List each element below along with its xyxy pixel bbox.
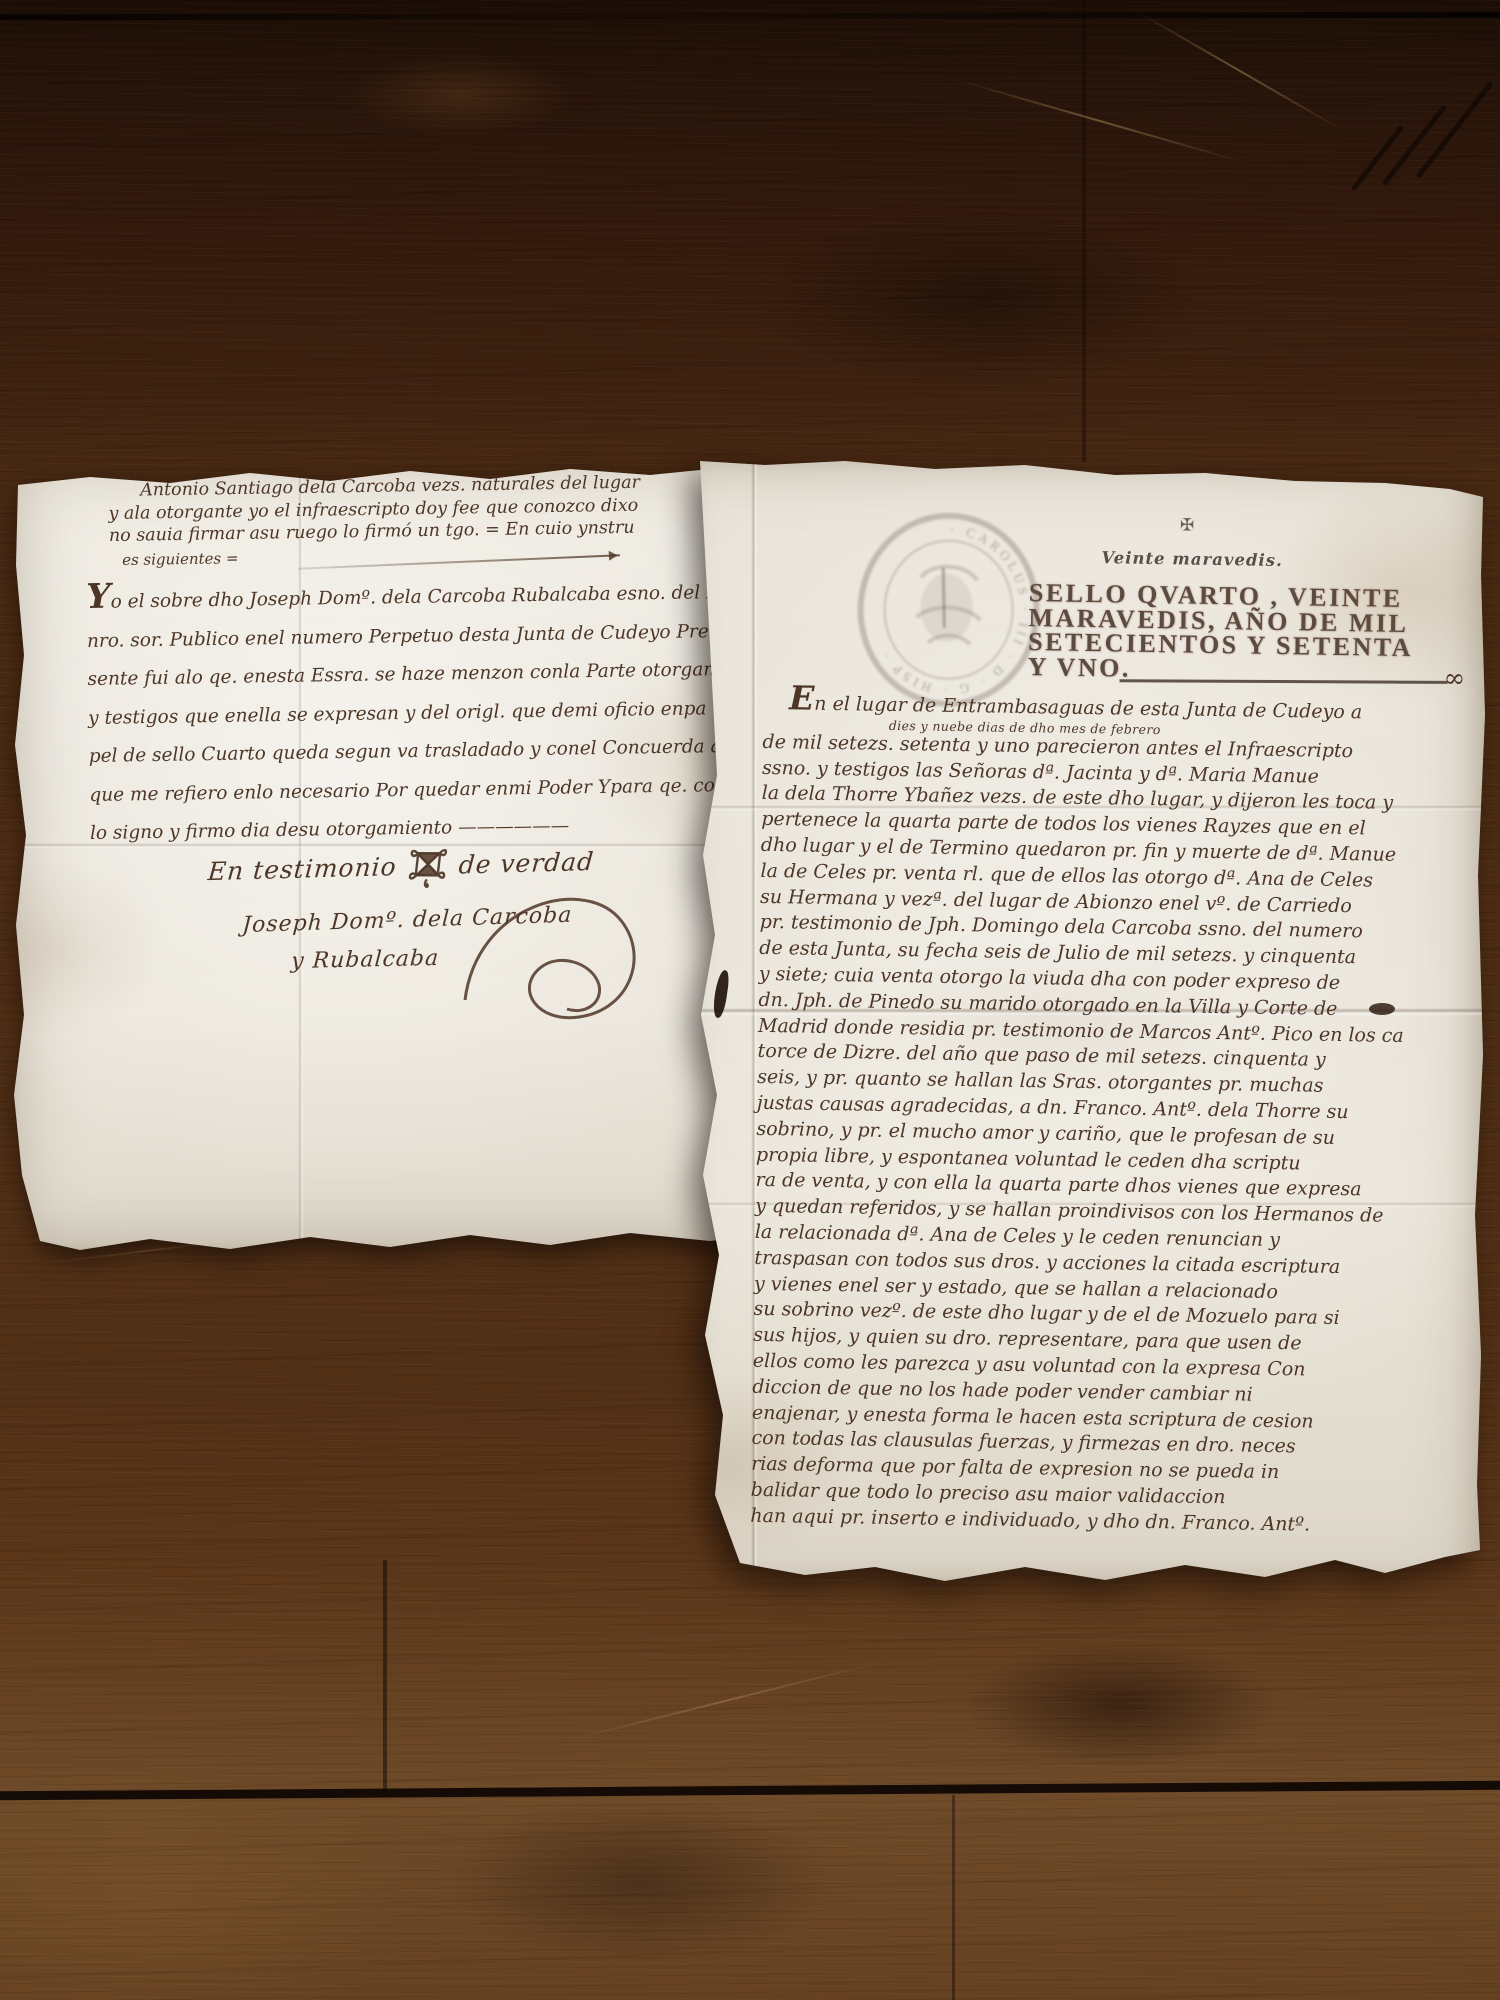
left-page-notary-note: Antonio Santiago dela Carcoba vezs. natu… [108, 472, 641, 548]
cross-ornament: ✠ [1180, 515, 1195, 535]
left-page-small-line: es siguientes = [122, 549, 239, 569]
royal-tax-seal-stamp: · CAROLUS · III · D · G · HISP · [849, 506, 1048, 713]
plank-joint [383, 1560, 387, 1792]
right-manuscript-sheet: · CAROLUS · III · D · G · HISP · ✠ Veint… [645, 455, 1485, 1605]
tax-value-small-print: Veinte maravedis. [1101, 548, 1283, 570]
right-page-body-text: En el lugar de Entrambasaguas de esta Ju… [750, 685, 1469, 1540]
notarial-knot-icon [403, 839, 453, 892]
signature-rubric-flourish [455, 875, 665, 1045]
notary-signature-surname: y Rubalcaba [290, 946, 440, 974]
sello-cuarto-printed-header: SELLO QVARTO , VEINTEMARAVEDIS, AÑO DE M… [1028, 581, 1474, 686]
right-page-content: · CAROLUS · III · D · G · HISP · ✠ Veint… [627, 455, 1485, 1618]
rule-end-flourish: ∞ [1443, 664, 1465, 694]
attestation-text-left: En testimonio [207, 852, 398, 886]
right-sheet-paper: · CAROLUS · III · D · G · HISP · ✠ Veint… [645, 455, 1485, 1605]
plank-joint [952, 1795, 955, 2000]
ink-caret-line [298, 554, 620, 569]
plank-joint [1082, 0, 1086, 462]
